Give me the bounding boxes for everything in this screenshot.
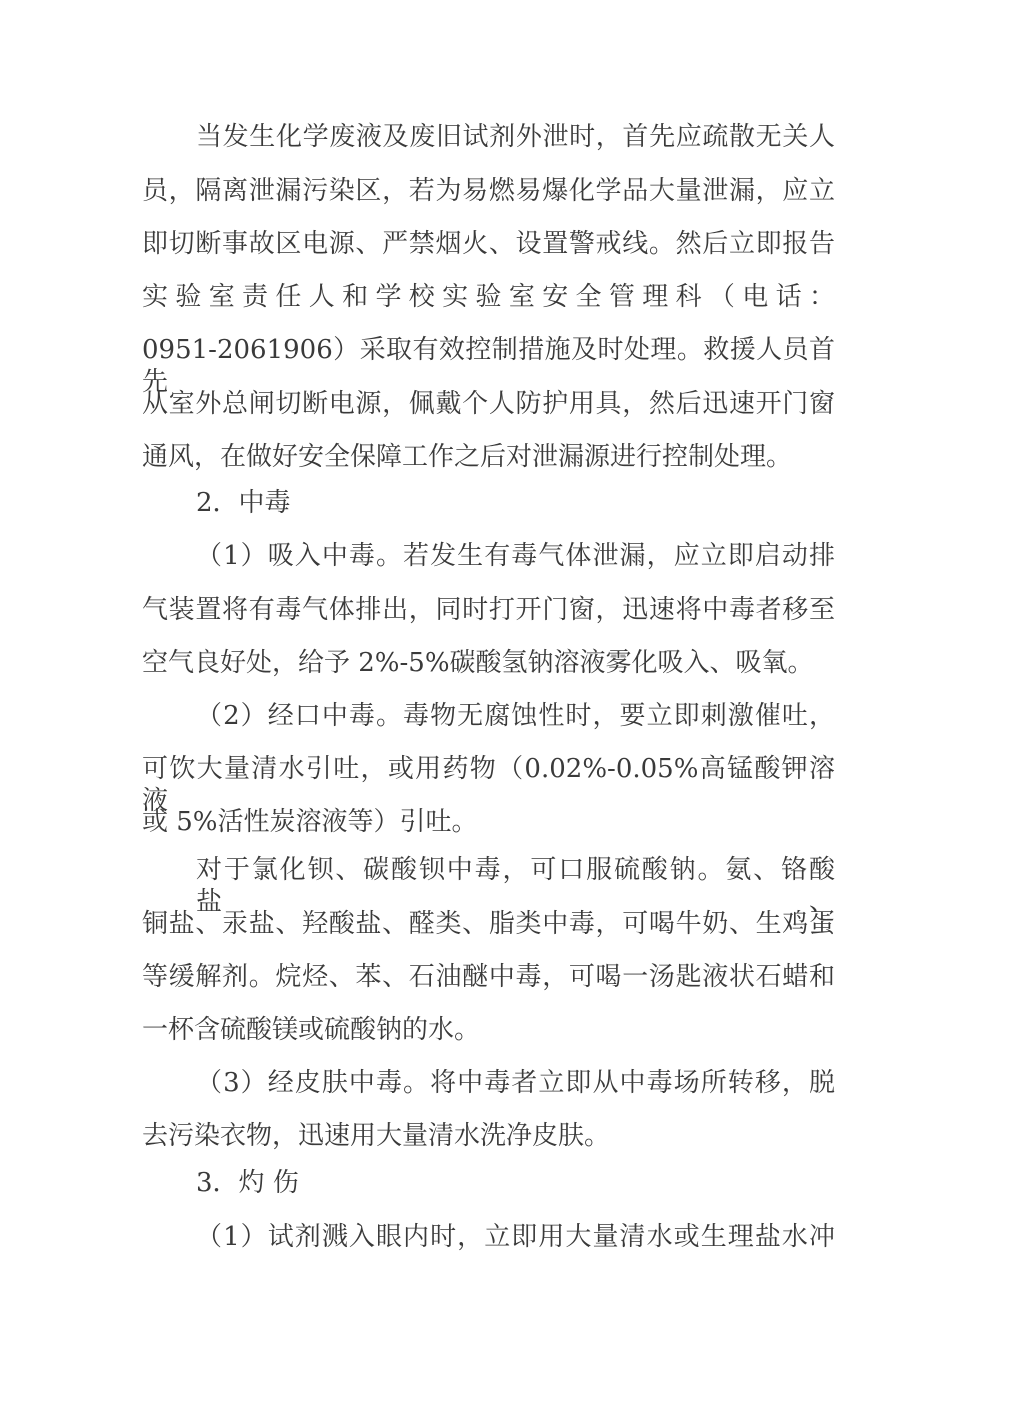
- document-page: 当发生化学废液及废旧试剂外泄时，首先应疏散无关人 员，隔离泄漏污染区，若为易燃易…: [0, 0, 1024, 1408]
- section-heading-poisoning: 2．中毒: [196, 487, 291, 519]
- paragraph-spill-line-5: 0951-2061906）采取有效控制措施及时处理。救援人员首先: [142, 334, 835, 366]
- paragraph-skin-line-1: （3）经皮肤中毒。将中毒者立即从中毒场所转移，脱: [196, 1067, 835, 1099]
- paragraph-inhalation-line-3: 空气良好处，给予 2%-5%碳酸氢钠溶液雾化吸入、吸氧。: [142, 647, 814, 679]
- paragraph-spill-line-6: 从室外总闸切断电源，佩戴个人防护用具，然后迅速开门窗: [142, 388, 835, 420]
- paragraph-spill-line-4: 实验室责任人和学校实验室安全管理科（电话：: [142, 281, 835, 313]
- paragraph-antidote-line-3: 等缓解剂。烷烃、苯、石油醚中毒，可喝一汤匙液状石蜡和: [142, 961, 835, 993]
- paragraph-spill-line-7: 通风，在做好安全保障工作之后对泄漏源进行控制处理。: [142, 441, 792, 473]
- paragraph-antidote-line-1: 对于氯化钡、碳酸钡中毒，可口服硫酸钠。氨、铬酸盐、: [196, 854, 835, 886]
- paragraph-skin-line-2: 去污染衣物，迅速用大量清水洗净皮肤。: [142, 1120, 610, 1152]
- paragraph-spill-line-3: 即切断事故区电源、严禁烟火、设置警戒线。然后立即报告: [142, 228, 835, 260]
- paragraph-antidote-line-2: 铜盐、汞盐、羟酸盐、醛类、脂类中毒，可喝牛奶、生鸡蛋: [142, 908, 835, 940]
- paragraph-oral-line-3: 或 5%活性炭溶液等）引吐。: [142, 806, 478, 838]
- paragraph-spill-line-2: 员，隔离泄漏污染区，若为易燃易爆化学品大量泄漏，应立: [142, 175, 835, 207]
- paragraph-eye-line-1: （1）试剂溅入眼内时，立即用大量清水或生理盐水冲: [196, 1221, 835, 1253]
- paragraph-oral-line-1: （2）经口中毒。毒物无腐蚀性时，要立即刺激催吐，: [196, 700, 835, 732]
- paragraph-inhalation-line-2: 气装置将有毒气体排出，同时打开门窗，迅速将中毒者移至: [142, 594, 835, 626]
- paragraph-oral-line-2: 可饮大量清水引吐，或用药物（0.02%-0.05%高锰酸钾溶液: [142, 753, 835, 785]
- paragraph-inhalation-line-1: （1）吸入中毒。若发生有毒气体泄漏，应立即启动排: [196, 540, 835, 572]
- paragraph-antidote-line-4: 一杯含硫酸镁或硫酸钠的水。: [142, 1014, 480, 1046]
- section-heading-burns: 3．灼 伤: [196, 1167, 299, 1199]
- paragraph-spill-line-1: 当发生化学废液及废旧试剂外泄时，首先应疏散无关人: [196, 121, 835, 153]
